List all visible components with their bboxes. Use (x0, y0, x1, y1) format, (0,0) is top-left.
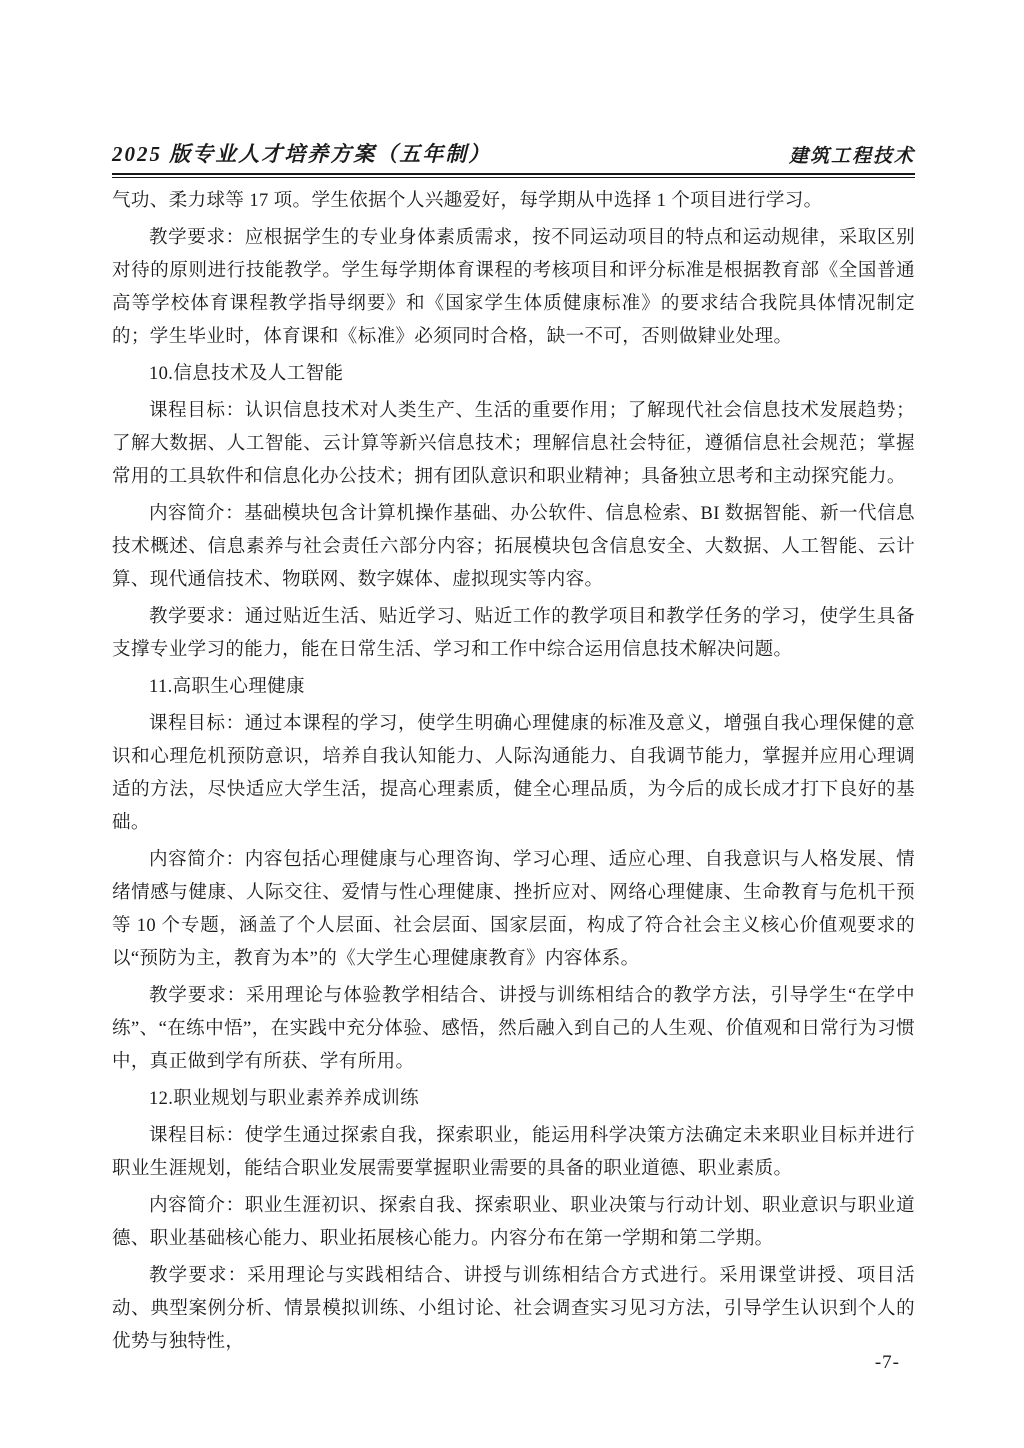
document-body: 气功、柔力球等 17 项。学生依据个人兴趣爱好，每学期从中选择 1 个项目进行学… (112, 183, 915, 1361)
para-10-content-summary: 内容简介：基础模块包含计算机操作基础、办公软件、信息检索、BI 数据智能、新一代… (112, 496, 915, 599)
page-number: -7- (875, 1352, 900, 1374)
header-left-title: 2025 版专业人才培养方案（五年制） (112, 138, 491, 168)
para-10-course-objectives: 课程目标：认识信息技术对人类生产、生活的重要作用；了解现代社会信息技术发展趋势；… (112, 393, 915, 496)
page-header: 2025 版专业人才培养方案（五年制） 建筑工程技术 (112, 140, 915, 168)
para-10-teaching-requirements: 教学要求：通过贴近生活、贴近学习、贴近工作的教学项目和教学任务的学习，使学生具备… (112, 599, 915, 669)
header-divider-rule (112, 173, 915, 178)
para-12-teaching-requirements: 教学要求：采用理论与实践相结合、讲授与训练相结合方式进行。采用课堂讲授、项目活动… (112, 1258, 915, 1361)
para-pe-teaching-requirements: 教学要求：应根据学生的专业身体素质需求，按不同运动项目的特点和运动规律，采取区别… (112, 220, 915, 356)
heading-course-12-career-planning: 12.职业规划与职业素养养成训练 (112, 1081, 915, 1118)
para-12-content-summary: 内容简介：职业生涯初识、探索自我、探索职业、职业决策与行动计划、职业意识与职业道… (112, 1188, 915, 1258)
heading-course-10-information-technology-ai: 10.信息技术及人工智能 (112, 356, 915, 393)
para-11-course-objectives: 课程目标：通过本课程的学习，使学生明确心理健康的标准及意义，增强自我心理保健的意… (112, 706, 915, 842)
document-page: 2025 版专业人才培养方案（五年制） 建筑工程技术 气功、柔力球等 17 项。… (0, 0, 1024, 1448)
heading-course-11-psychological-health: 11.高职生心理健康 (112, 669, 915, 706)
para-pe-elective-continuation: 气功、柔力球等 17 项。学生依据个人兴趣爱好，每学期从中选择 1 个项目进行学… (112, 183, 915, 220)
para-11-content-summary: 内容简介：内容包括心理健康与心理咨询、学习心理、适应心理、自我意识与人格发展、情… (112, 842, 915, 978)
para-12-course-objectives: 课程目标：使学生通过探索自我，探索职业，能运用科学决策方法确定未来职业目标并进行… (112, 1118, 915, 1188)
para-11-teaching-requirements: 教学要求：采用理论与体验教学相结合、讲授与训练相结合的教学方法，引导学生“在学中… (112, 978, 915, 1081)
header-right-title: 建筑工程技术 (789, 141, 915, 168)
